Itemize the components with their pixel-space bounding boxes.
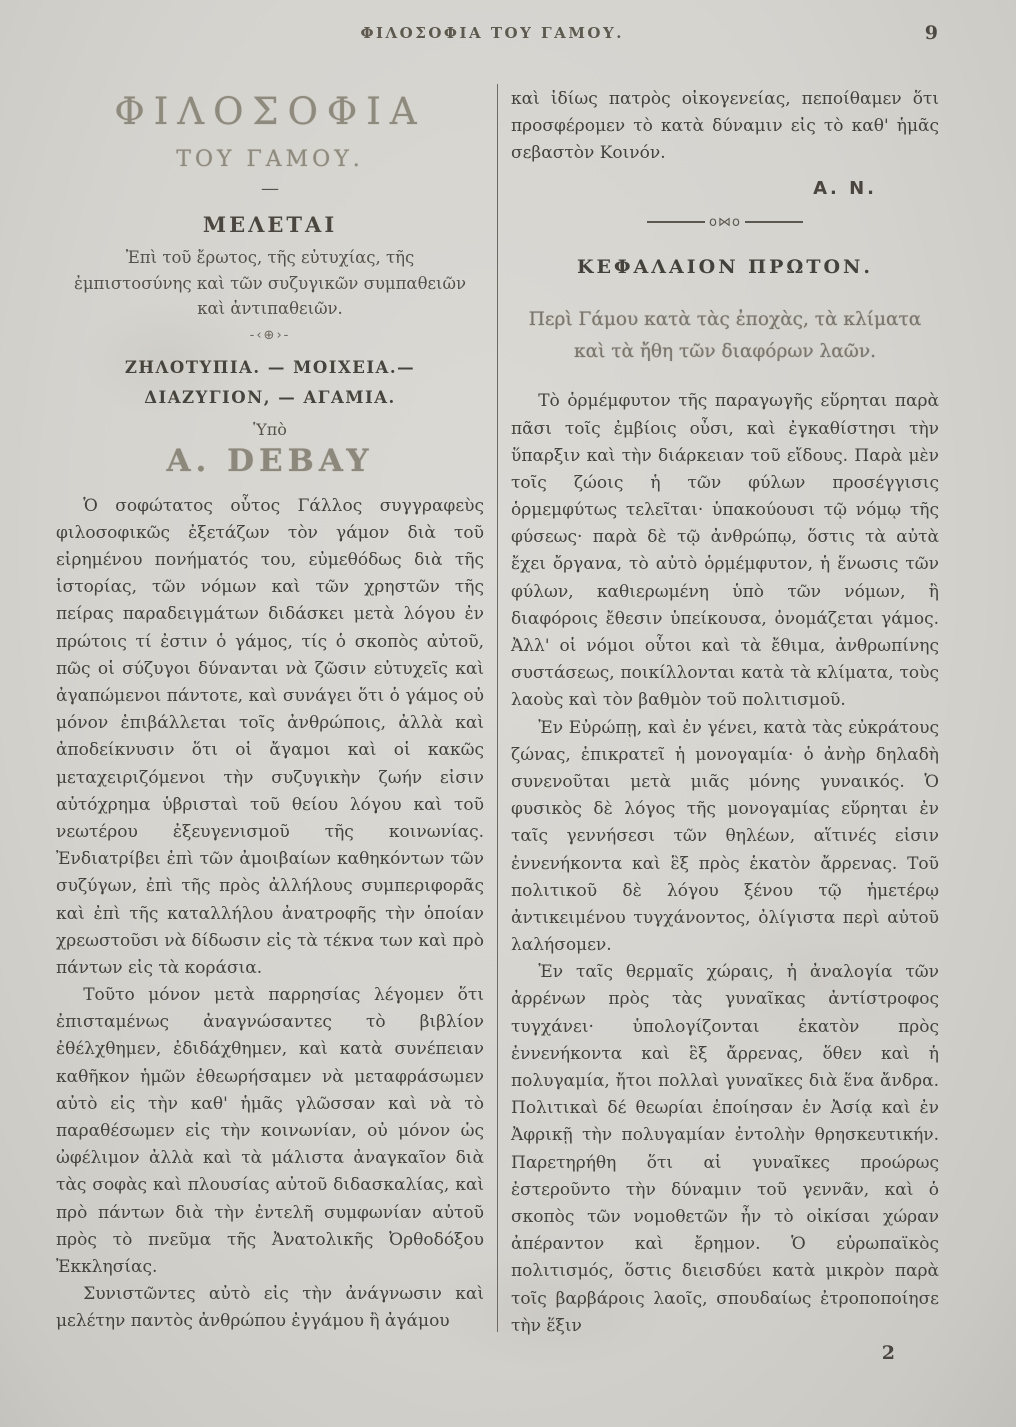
author-name: A. DEBAY [56,443,484,479]
left-paragraph-1: Ὁ σοφώτατος οὗτος Γάλλος συγγραφεὺς φιλο… [56,493,484,982]
title-dash: — [56,180,484,198]
scanned-book-page: ΦΙΛΟΣΟΦΙΑ ΤΟΥ ΓΑΜΟΥ. 9 ΦΙΛΟΣΟΦΙΑ ΤΟΥ ΓΑΜ… [0,0,1016,1427]
column-divider-rule [497,84,498,1332]
two-column-text-area: ΦΙΛΟΣΟΦΙΑ ΤΟΥ ΓΑΜΟΥ. — ΜΕΛΕΤΑΙ Ἐπὶ τοῦ ἔ… [0,82,1016,1364]
running-header-title: ΦΙΛΟΣΟΦΙΑ ΤΟΥ ΓΑΜΟΥ. [360,24,623,42]
studies-heading: ΜΕΛΕΤΑΙ [56,212,484,237]
rule-ornament-icon: o⋈o [511,215,939,230]
printer-ornament-icon: -‹⊕›- [56,328,484,343]
signature-mark: 2 [511,1342,939,1364]
ornament-line [647,221,705,223]
book-subtitle: ΤΟΥ ΓΑΜΟΥ. [56,147,484,172]
right-column: καὶ ἰδίως πατρὸς οἰκογενείας, πεποίθαμεν… [511,82,939,1364]
translator-initials: Α. Ν. [511,178,939,199]
continuation-paragraph: καὶ ἰδίως πατρὸς οἰκογενείας, πεποίθαμεν… [511,86,939,168]
ornament-glyph: o⋈o [705,215,745,230]
byline-prefix: Ὑπὸ [56,420,484,439]
right-paragraph-3: Ἐν ταῖς θερμαῖς χώραις, ἡ ἀναλογία τῶν ἀ… [511,959,939,1340]
left-paragraph-2: Τοῦτο μόνον μετὰ παρρησίας λέγομεν ὅτι ἐ… [56,982,484,1281]
running-header: ΦΙΛΟΣΟΦΙΑ ΤΟΥ ΓΑΜΟΥ. 9 [0,24,1016,54]
right-paragraph-1: Τὸ ὁρμέμφυτον τῆς παραγωγῆς εὕρηται παρὰ… [511,388,939,714]
topics-heading: ΖΗΛΟΤΥΠΙΑ. — ΜΟΙΧΕΙΑ.— ΔΙΑΖΥΓΙΟΝ, — ΑΓΑΜ… [70,353,470,414]
book-title: ΦΙΛΟΣΟΦΙΑ [56,90,484,133]
page-number: 9 [925,22,938,44]
chapter-heading: ΚΕΦΑΛΑΙΟΝ ΠΡΩΤΟΝ. [511,256,939,278]
ornament-line [745,221,803,223]
left-column: ΦΙΛΟΣΟΦΙΑ ΤΟΥ ΓΑΜΟΥ. — ΜΕΛΕΤΑΙ Ἐπὶ τοῦ ἔ… [56,82,484,1364]
right-paragraph-2: Ἐν Εὐρώπῃ, καὶ ἐν γένει, κατὰ τὰς εὐκράτ… [511,715,939,960]
chapter-subtitle: Περὶ Γάμου κατὰ τὰς ἐποχὰς, τὰ κλίματα κ… [515,304,935,369]
studies-summary: Ἐπὶ τοῦ ἔρωτος, τῆς εὐτυχίας, τῆς ἐμπιστ… [66,245,474,322]
left-paragraph-3: Συνιστῶντες αὐτὸ εἰς τὴν ἀνάγνωσιν καὶ μ… [56,1281,484,1335]
